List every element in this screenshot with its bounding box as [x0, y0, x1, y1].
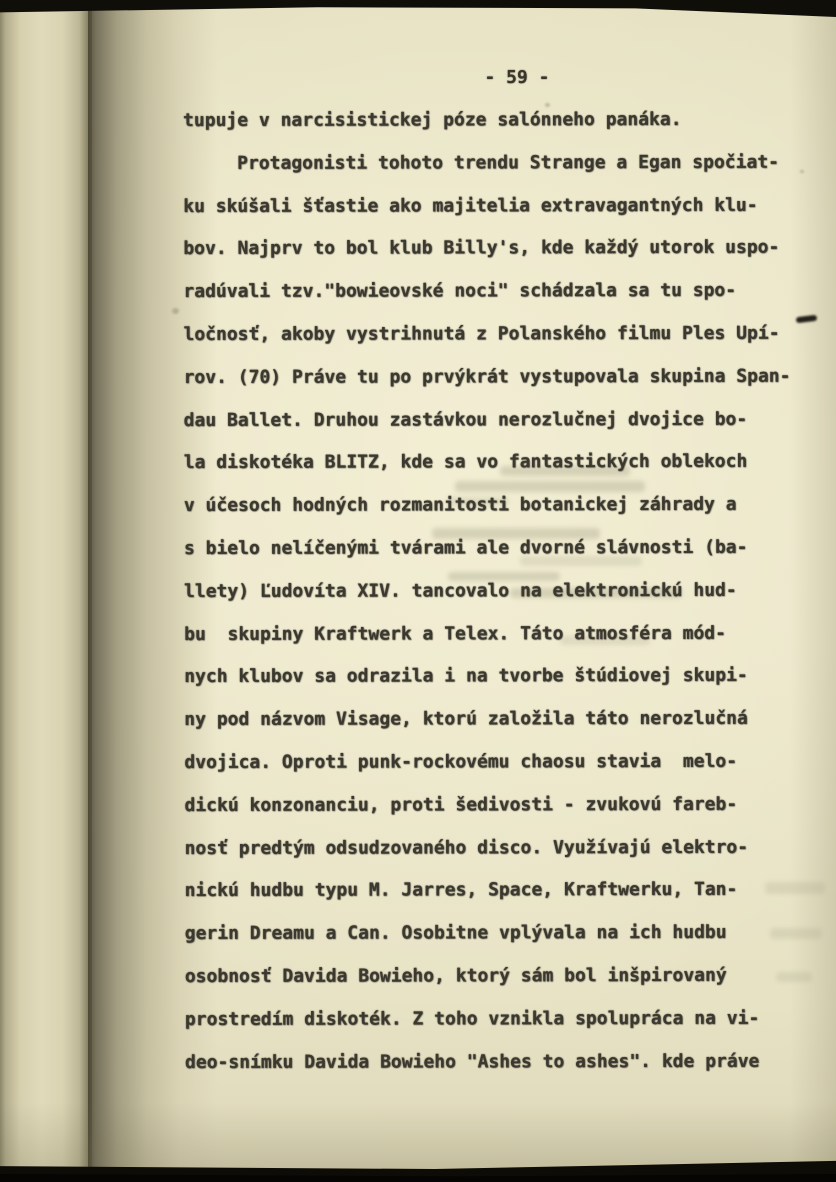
text-line: bov. Najprv to bol klub Billy's, kde kaž… [183, 227, 823, 271]
text-line: ny pod názvom Visage, ktorú založila tát… [184, 698, 824, 742]
text-line: dvojica. Oproti punk-rockovému chaosu st… [184, 741, 824, 785]
text-line: bu skupiny Kraftwerk a Telex. Táto atmos… [184, 612, 824, 656]
text-line: prostredím diskoték. Z toho vznikla spol… [185, 997, 825, 1041]
paper-speck [172, 308, 179, 314]
body-text: tupuje v narcisistickej póze salónneho p… [183, 99, 825, 1085]
text-line: radúvali tzv."bowieovské noci" schádzala… [183, 270, 823, 314]
text-line: nickú hudbu typu M. Jarres, Space, Kraft… [185, 869, 825, 913]
text-line: osobnosť Davida Bowieho, ktorý sám bol i… [185, 955, 825, 999]
text-line: la diskotéka BLITZ, kde sa vo fantastick… [184, 441, 824, 485]
page-bottom-shading [0, 1102, 836, 1172]
text-line: Protagonisti tohoto trendu Strange a Ega… [183, 141, 823, 185]
scanned-book-page: - 59 - tupuje v narcisistickej póze saló… [0, 0, 836, 1182]
text-line: gerin Dreamu a Can. Osobitne vplývala na… [185, 912, 825, 956]
text-line: nosť predtým odsudzovaného disco. Využív… [185, 826, 825, 870]
text-line: tupuje v narcisistickej póze salónneho p… [183, 99, 823, 143]
text-line: v účesoch hodných rozmanitosti botanicke… [184, 484, 824, 528]
text-line: deo-snímku Davida Bowieho "Ashes to ashe… [185, 1040, 825, 1084]
text-line: ločnosť, akoby vystrihnutá z Polanského … [183, 313, 823, 357]
text-line: dau Ballet. Druhou zastávkou nerozlučnej… [184, 398, 824, 442]
page-number: - 59 - [447, 63, 587, 93]
text-line: nych klubov sa odrazila i na tvorbe štúd… [184, 655, 824, 699]
facing-page-edge [0, 6, 92, 1176]
text-line: llety) Ľudovíta XIV. tancovalo na elektr… [184, 569, 824, 613]
text-line: s bielo nelíčenými tvárami ale dvorné sl… [184, 527, 824, 571]
text-line: dickú konzonanciu, proti šedivosti - zvu… [184, 783, 824, 827]
text-line: rov. (70) Práve tu po prvýkrát vystupova… [184, 355, 824, 399]
text-line: ku skúšali šťastie ako majitelia extrava… [183, 184, 823, 228]
